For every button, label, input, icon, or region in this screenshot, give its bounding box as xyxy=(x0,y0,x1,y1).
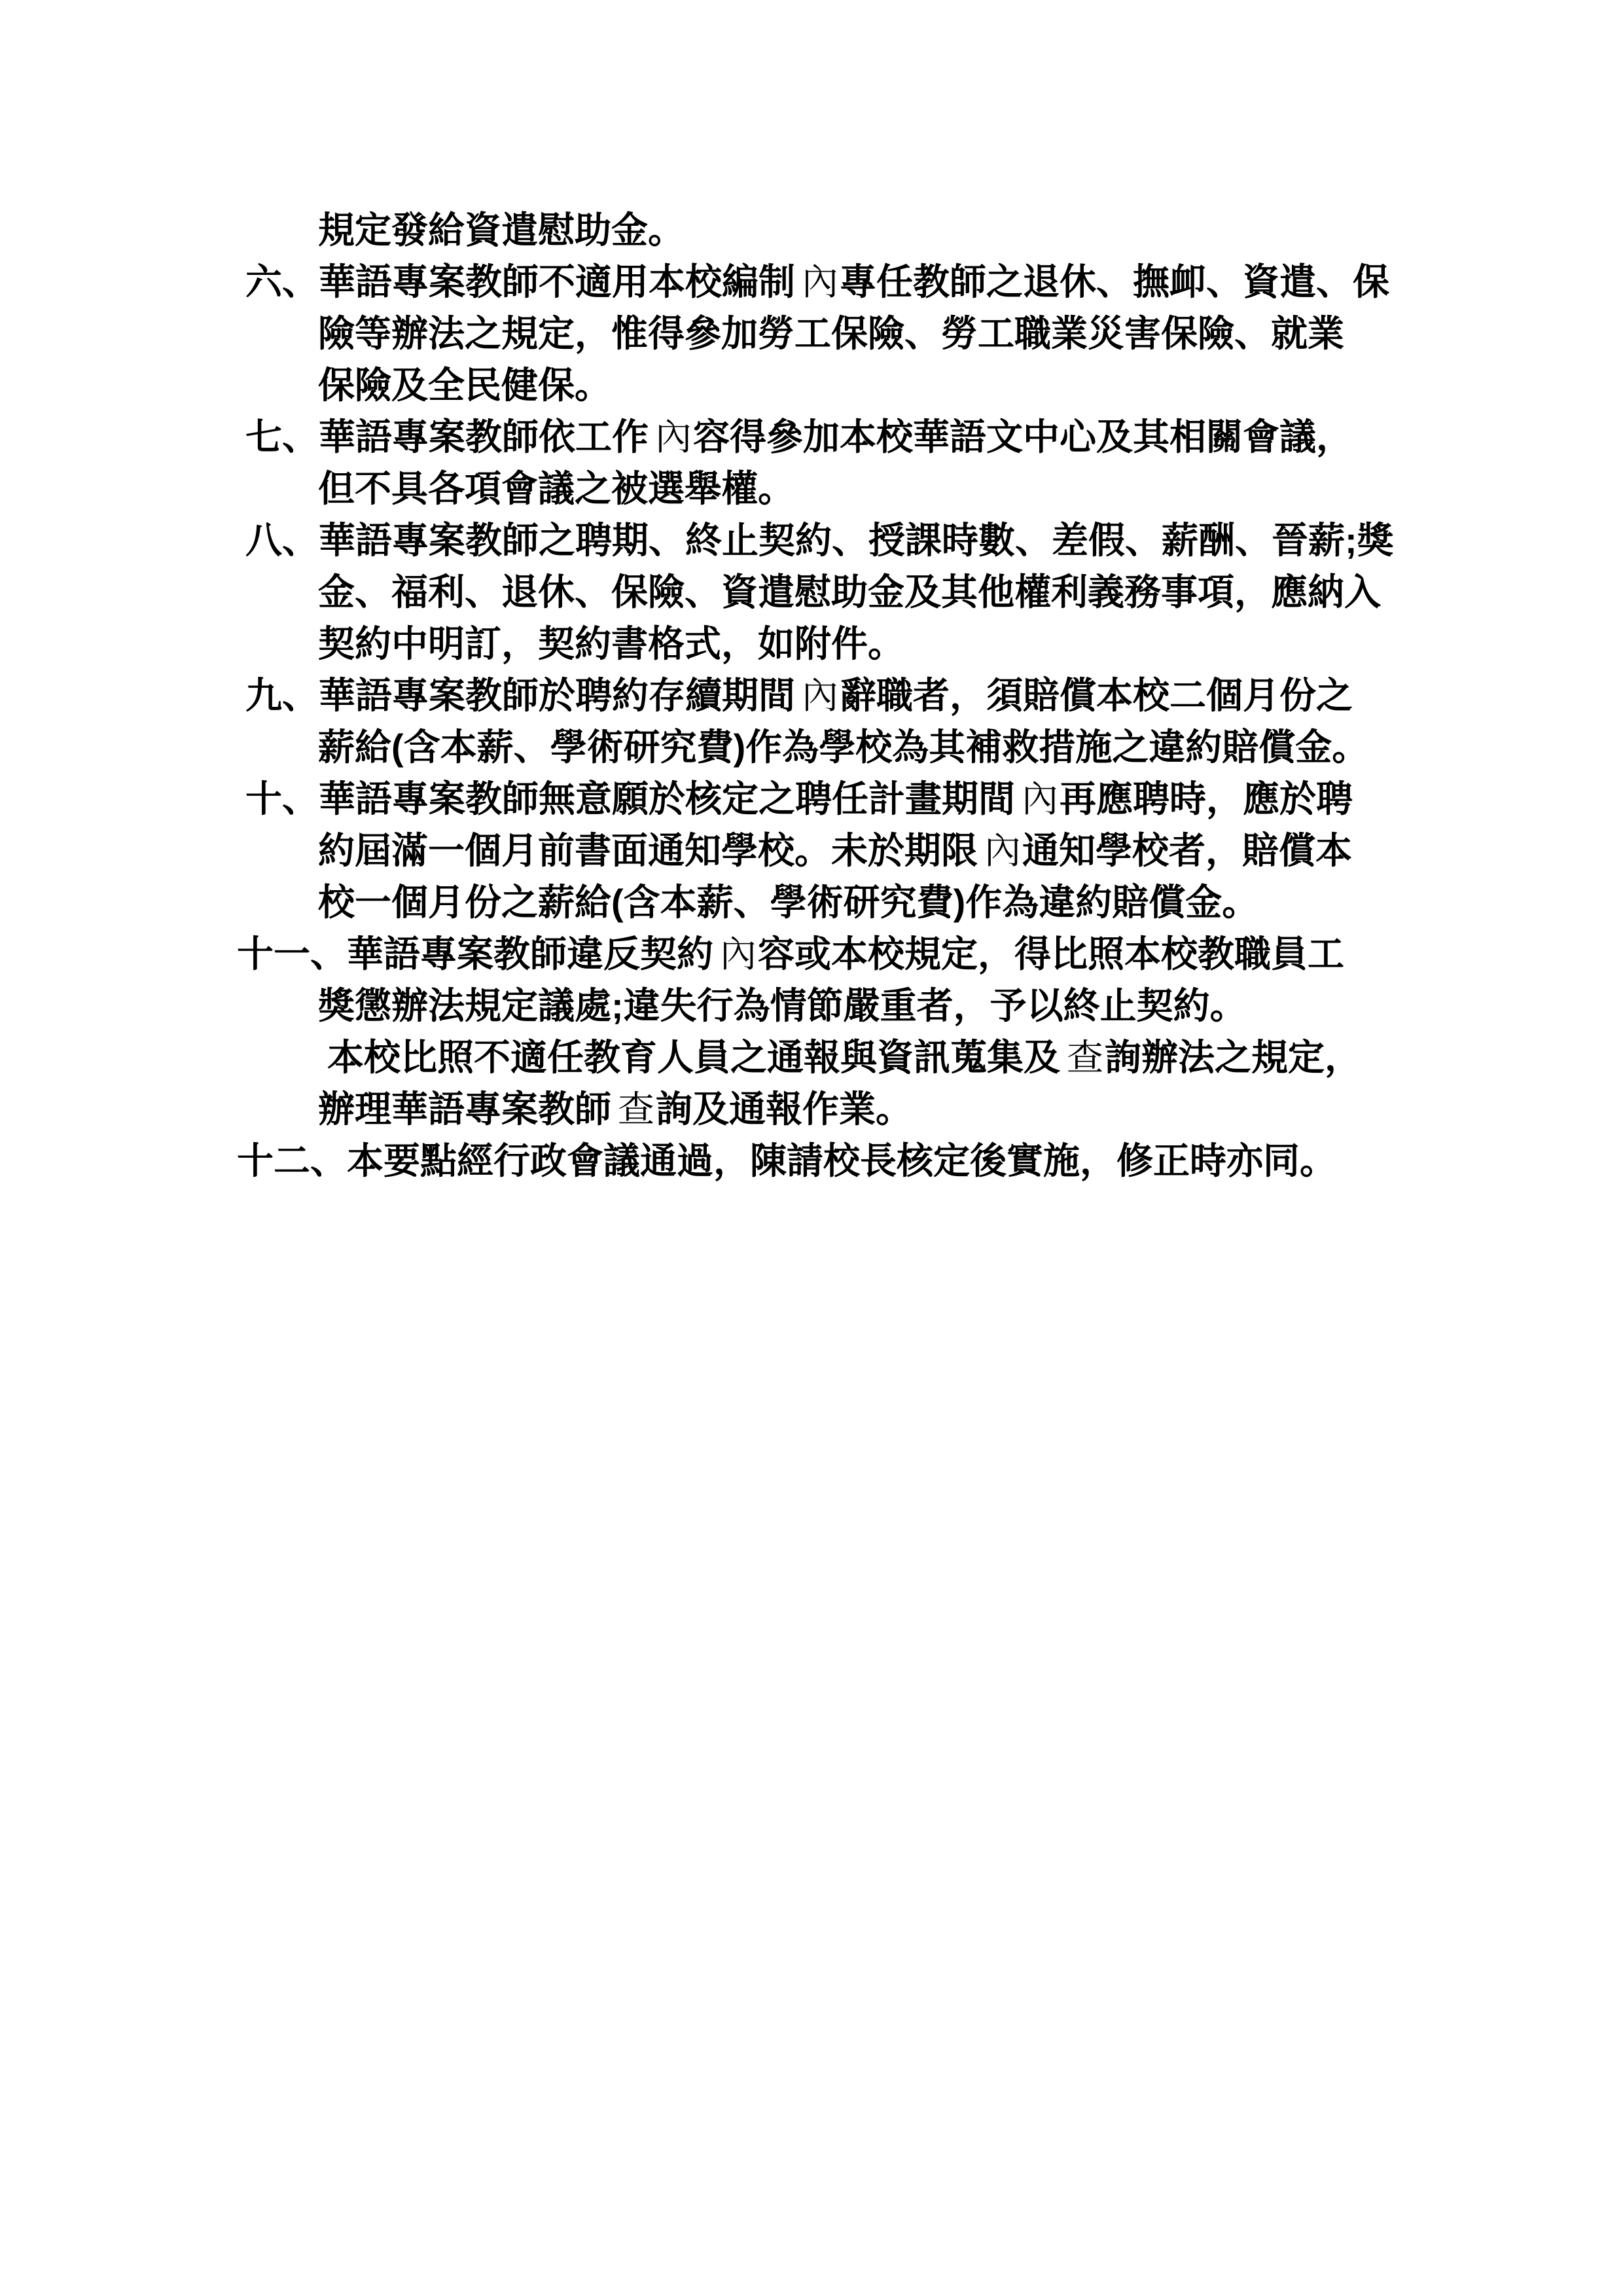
text-segment: 八、華語專案教師之聘期、終止契約、授課時數、差假、薪酬、晉薪;獎 xyxy=(245,520,1394,561)
text-segment: 十二、本要點經行政會議通過，陳請校長核定後實施，修正時亦同。 xyxy=(237,1140,1336,1181)
document-line-11: 薪給(含本薪、學術研究費)作為學校為其補救措施之違約賠償金。 xyxy=(0,721,1623,773)
document-line-15: 十一、華語專案教師違反契約內容或本校規定，得比照本校教職員工 xyxy=(0,928,1623,980)
fallback-glyph: 內 xyxy=(978,831,1022,872)
document-line-19: 十二、本要點經行政會議通過，陳請校長核定後實施，修正時亦同。 xyxy=(0,1135,1623,1187)
document-line-2: 六、華語專案教師不適用本校編制內專任教師之退休、撫卹、資遣、保 xyxy=(0,256,1623,308)
text-segment: 九、華語專案教師於聘約存續期間 xyxy=(245,675,795,716)
fallback-glyph: 查 xyxy=(1060,1038,1105,1079)
document-line-16: 獎懲辦法規定議處;違失行為情節嚴重者，予以終止契約。 xyxy=(0,980,1623,1031)
text-segment: 十一、華語專案教師違反契約 xyxy=(237,933,713,975)
document-body: 規定發給資遣慰助金。 六、華語專案教師不適用本校編制內專任教師之退休、撫卹、資遣… xyxy=(0,204,1623,1187)
document-line-4: 保險及全民健保。 xyxy=(0,359,1623,411)
text-segment: 契約中明訂，契約書格式，如附件。 xyxy=(318,623,904,664)
document-line-10: 九、華語專案教師於聘約存續期間內辭職者，須賠償本校二個月份之 xyxy=(0,670,1623,721)
fallback-glyph: 查 xyxy=(611,1090,656,1130)
text-segment: 辭職者，須賠償本校二個月份之 xyxy=(840,675,1353,716)
text-segment: 校一個月份之薪給(含本薪、學術研究費)作為違約賠償金。 xyxy=(318,882,1258,923)
document-line-3: 險等辦法之規定，惟得參加勞工保險、勞工職業災害保險、就業 xyxy=(0,308,1623,359)
document-line-5: 七、華語專案教師依工作內容得參加本校華語文中心及其相關會議， xyxy=(0,411,1623,463)
document-line-9: 契約中明訂，契約書格式，如附件。 xyxy=(0,618,1623,670)
text-segment: 險等辦法之規定，惟得參加勞工保險、勞工職業災害保險、就業 xyxy=(318,313,1344,354)
text-segment: 六、華語專案教師不適用本校編制 xyxy=(245,261,795,302)
text-segment: 規定發給資遣慰助金。 xyxy=(318,209,685,251)
text-segment: 本校比照不適任教育人員之通報與資訊蒐集及 xyxy=(327,1037,1060,1078)
document-line-8: 金、福利、退休、保險、資遣慰助金及其他權利義務事項，應納入 xyxy=(0,566,1623,618)
document-line-12: 十、華語專案教師無意願於核定之聘任計畫期間內再應聘時，應於聘 xyxy=(0,773,1623,825)
text-segment: 薪給(含本薪、學術研究費)作為學校為其補救措施之違約賠償金。 xyxy=(318,726,1368,768)
text-segment: 容得參加本校華語文中心及其相關會議， xyxy=(693,416,1353,457)
text-segment: 詢辦法之規定， xyxy=(1105,1037,1361,1078)
fallback-glyph: 內 xyxy=(713,935,758,975)
fallback-glyph: 內 xyxy=(795,262,840,303)
text-segment: 約屆滿一個月前書面通知學校。未於期限 xyxy=(318,830,978,871)
fallback-glyph: 內 xyxy=(1015,780,1060,820)
document-line-18: 辦理華語專案教師查詢及通報作業。 xyxy=(0,1083,1623,1135)
text-segment: 詢及通報作業。 xyxy=(656,1088,912,1130)
fallback-glyph: 內 xyxy=(649,418,693,458)
document-line-7: 八、華語專案教師之聘期、終止契約、授課時數、差假、薪酬、晉薪;獎 xyxy=(0,514,1623,566)
text-segment: 七、華語專案教師依工作 xyxy=(245,416,649,457)
text-segment: 十、華語專案教師無意願於核定之聘任計畫期間 xyxy=(245,778,1015,819)
text-segment: 辦理華語專案教師 xyxy=(318,1088,611,1130)
document-page: 規定發給資遣慰助金。 六、華語專案教師不適用本校編制內專任教師之退休、撫卹、資遣… xyxy=(0,0,1623,2296)
text-segment: 通知學校者，賠償本 xyxy=(1022,830,1352,871)
text-segment: 金、福利、退休、保險、資遣慰助金及其他權利義務事項，應納入 xyxy=(318,571,1381,613)
document-line-17: 本校比照不適任教育人員之通報與資訊蒐集及查詢辦法之規定， xyxy=(0,1031,1623,1083)
document-line-6: 但不具各項會議之被選舉權。 xyxy=(0,463,1623,514)
fallback-glyph: 內 xyxy=(795,676,840,717)
text-segment: 獎懲辦法規定議處;違失行為情節嚴重者，予以終止契約。 xyxy=(318,985,1247,1026)
text-segment: 再應聘時，應於聘 xyxy=(1060,778,1353,819)
text-segment: 專任教師之退休、撫卹、資遣、保 xyxy=(840,261,1389,302)
document-line-13: 約屆滿一個月前書面通知學校。未於期限內通知學校者，賠償本 xyxy=(0,825,1623,876)
text-segment: 但不具各項會議之被選舉權。 xyxy=(318,468,794,509)
text-segment: 容或本校規定，得比照本校教職員工 xyxy=(758,933,1344,975)
document-line-14: 校一個月份之薪給(含本薪、學術研究費)作為違約賠償金。 xyxy=(0,876,1623,928)
text-segment: 保險及全民健保。 xyxy=(318,365,611,406)
document-line-1: 規定發給資遣慰助金。 xyxy=(0,204,1623,256)
